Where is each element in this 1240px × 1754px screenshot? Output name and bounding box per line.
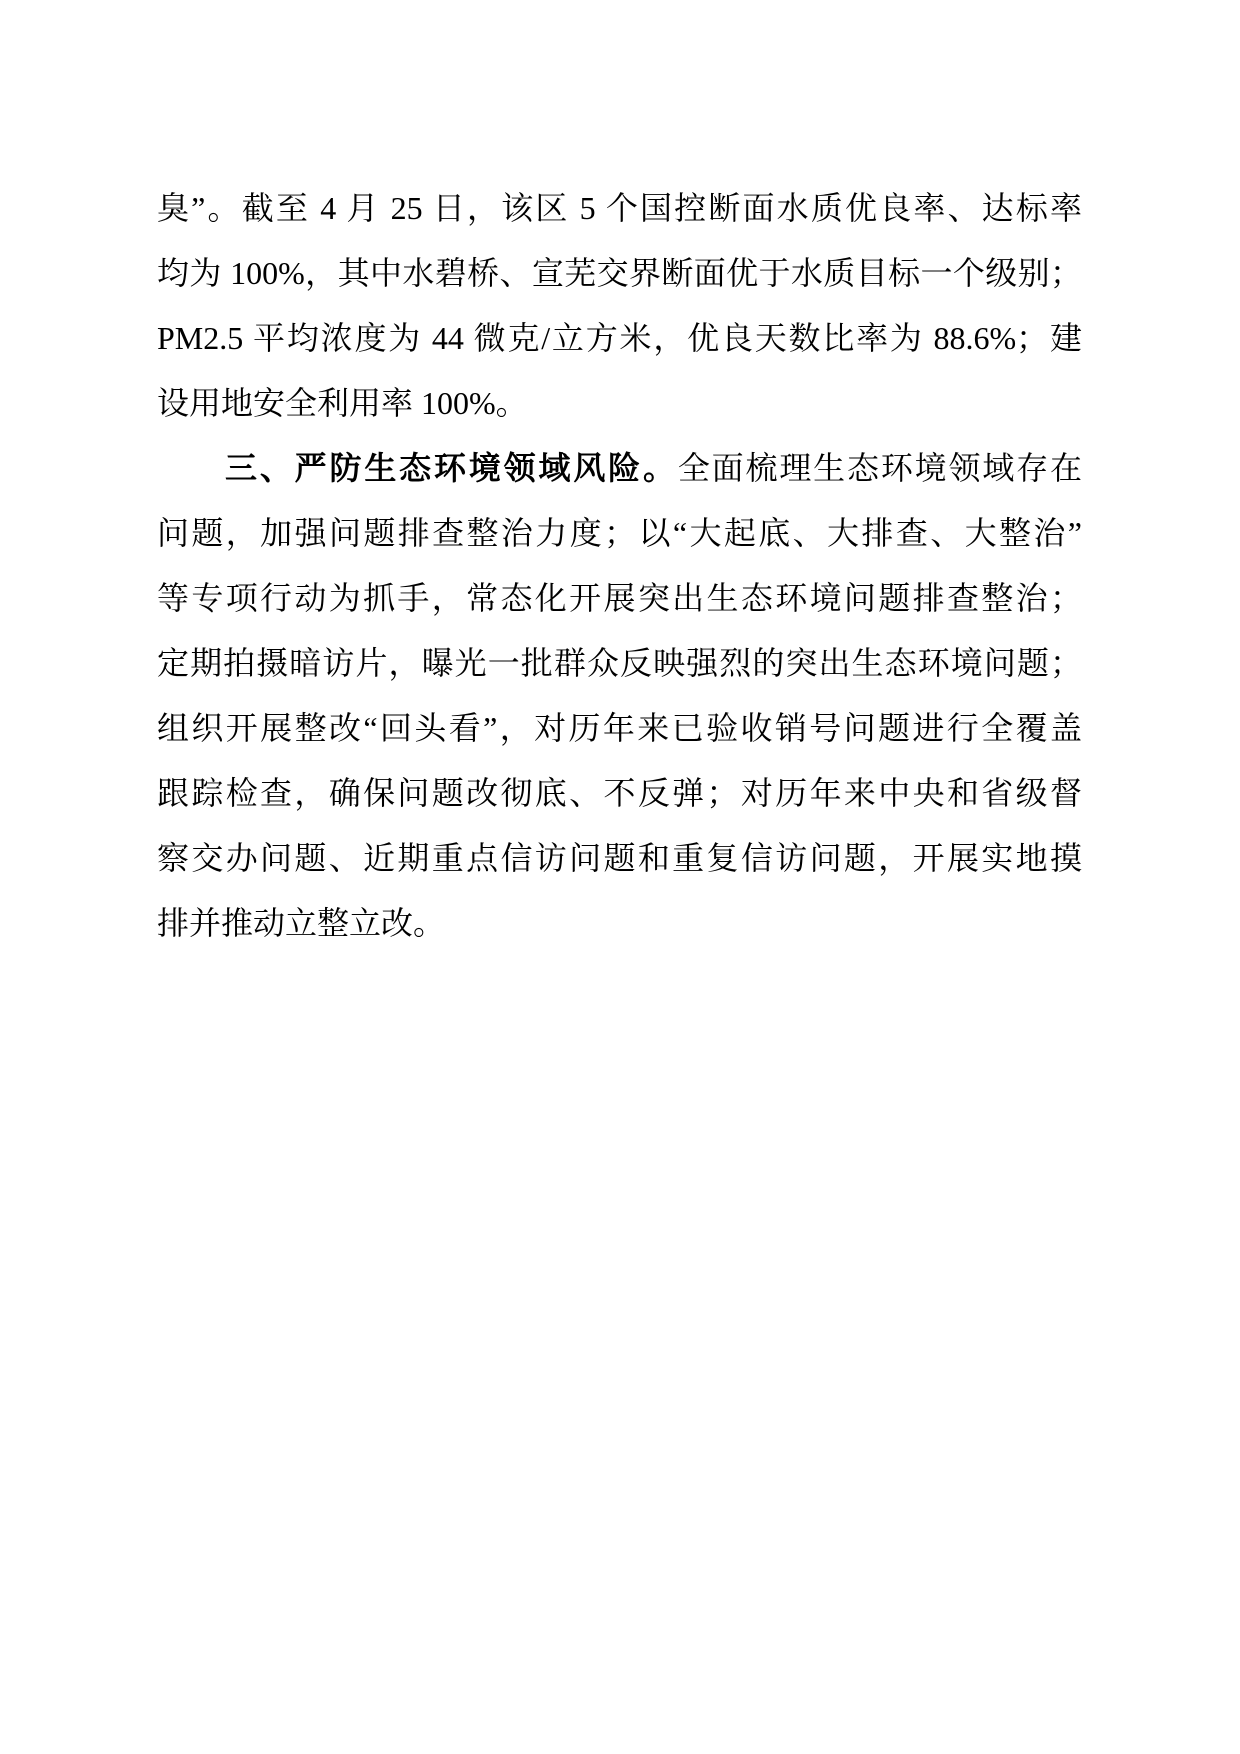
document-page: 臭”。截至 4 月 25 日，该区 5 个国控断面水质优良率、达标率 均为 10… [0, 0, 1240, 1754]
text-line: 等专项行动为抓手，常态化开展突出生态环境问题排查整治； [157, 566, 1082, 631]
text-line: 臭”。截至 4 月 25 日，该区 5 个国控断面水质优良率、达标率 [157, 176, 1082, 241]
text-line: 问题，加强问题排查整治力度；以“大起底、大排查、大整治” [157, 501, 1082, 566]
text-line: 排并推动立整立改。 [157, 891, 1082, 956]
text-line: 定期拍摄暗访片，曝光一批群众反映强烈的突出生态环境问题； [157, 631, 1082, 696]
text-line: 跟踪检查，确保问题改彻底、不反弹；对历年来中央和省级督 [157, 761, 1082, 826]
text-line: 察交办问题、近期重点信访问题和重复信访问题，开展实地摸 [157, 826, 1082, 891]
text-line: 三、严防生态环境领域风险。全面梳理生态环境领域存在 [157, 436, 1082, 501]
text-line: 设用地安全利用率 100%。 [157, 371, 1082, 436]
text-run: 全面梳理生态环境领域存在 [678, 450, 1082, 486]
paragraph-1: 臭”。截至 4 月 25 日，该区 5 个国控断面水质优良率、达标率 均为 10… [157, 176, 1082, 436]
text-line: 组织开展整改“回头看”，对历年来已验收销号问题进行全覆盖 [157, 696, 1082, 761]
paragraph-2: 三、严防生态环境领域风险。全面梳理生态环境领域存在 问题，加强问题排查整治力度；… [157, 436, 1082, 956]
text-line: PM2.5 平均浓度为 44 微克/立方米，优良天数比率为 88.6%；建 [157, 306, 1082, 371]
document-body: 臭”。截至 4 月 25 日，该区 5 个国控断面水质优良率、达标率 均为 10… [157, 176, 1082, 956]
section-heading: 三、严防生态环境领域风险。 [225, 450, 678, 486]
text-line: 均为 100%，其中水碧桥、宣芜交界断面优于水质目标一个级别； [157, 241, 1082, 306]
